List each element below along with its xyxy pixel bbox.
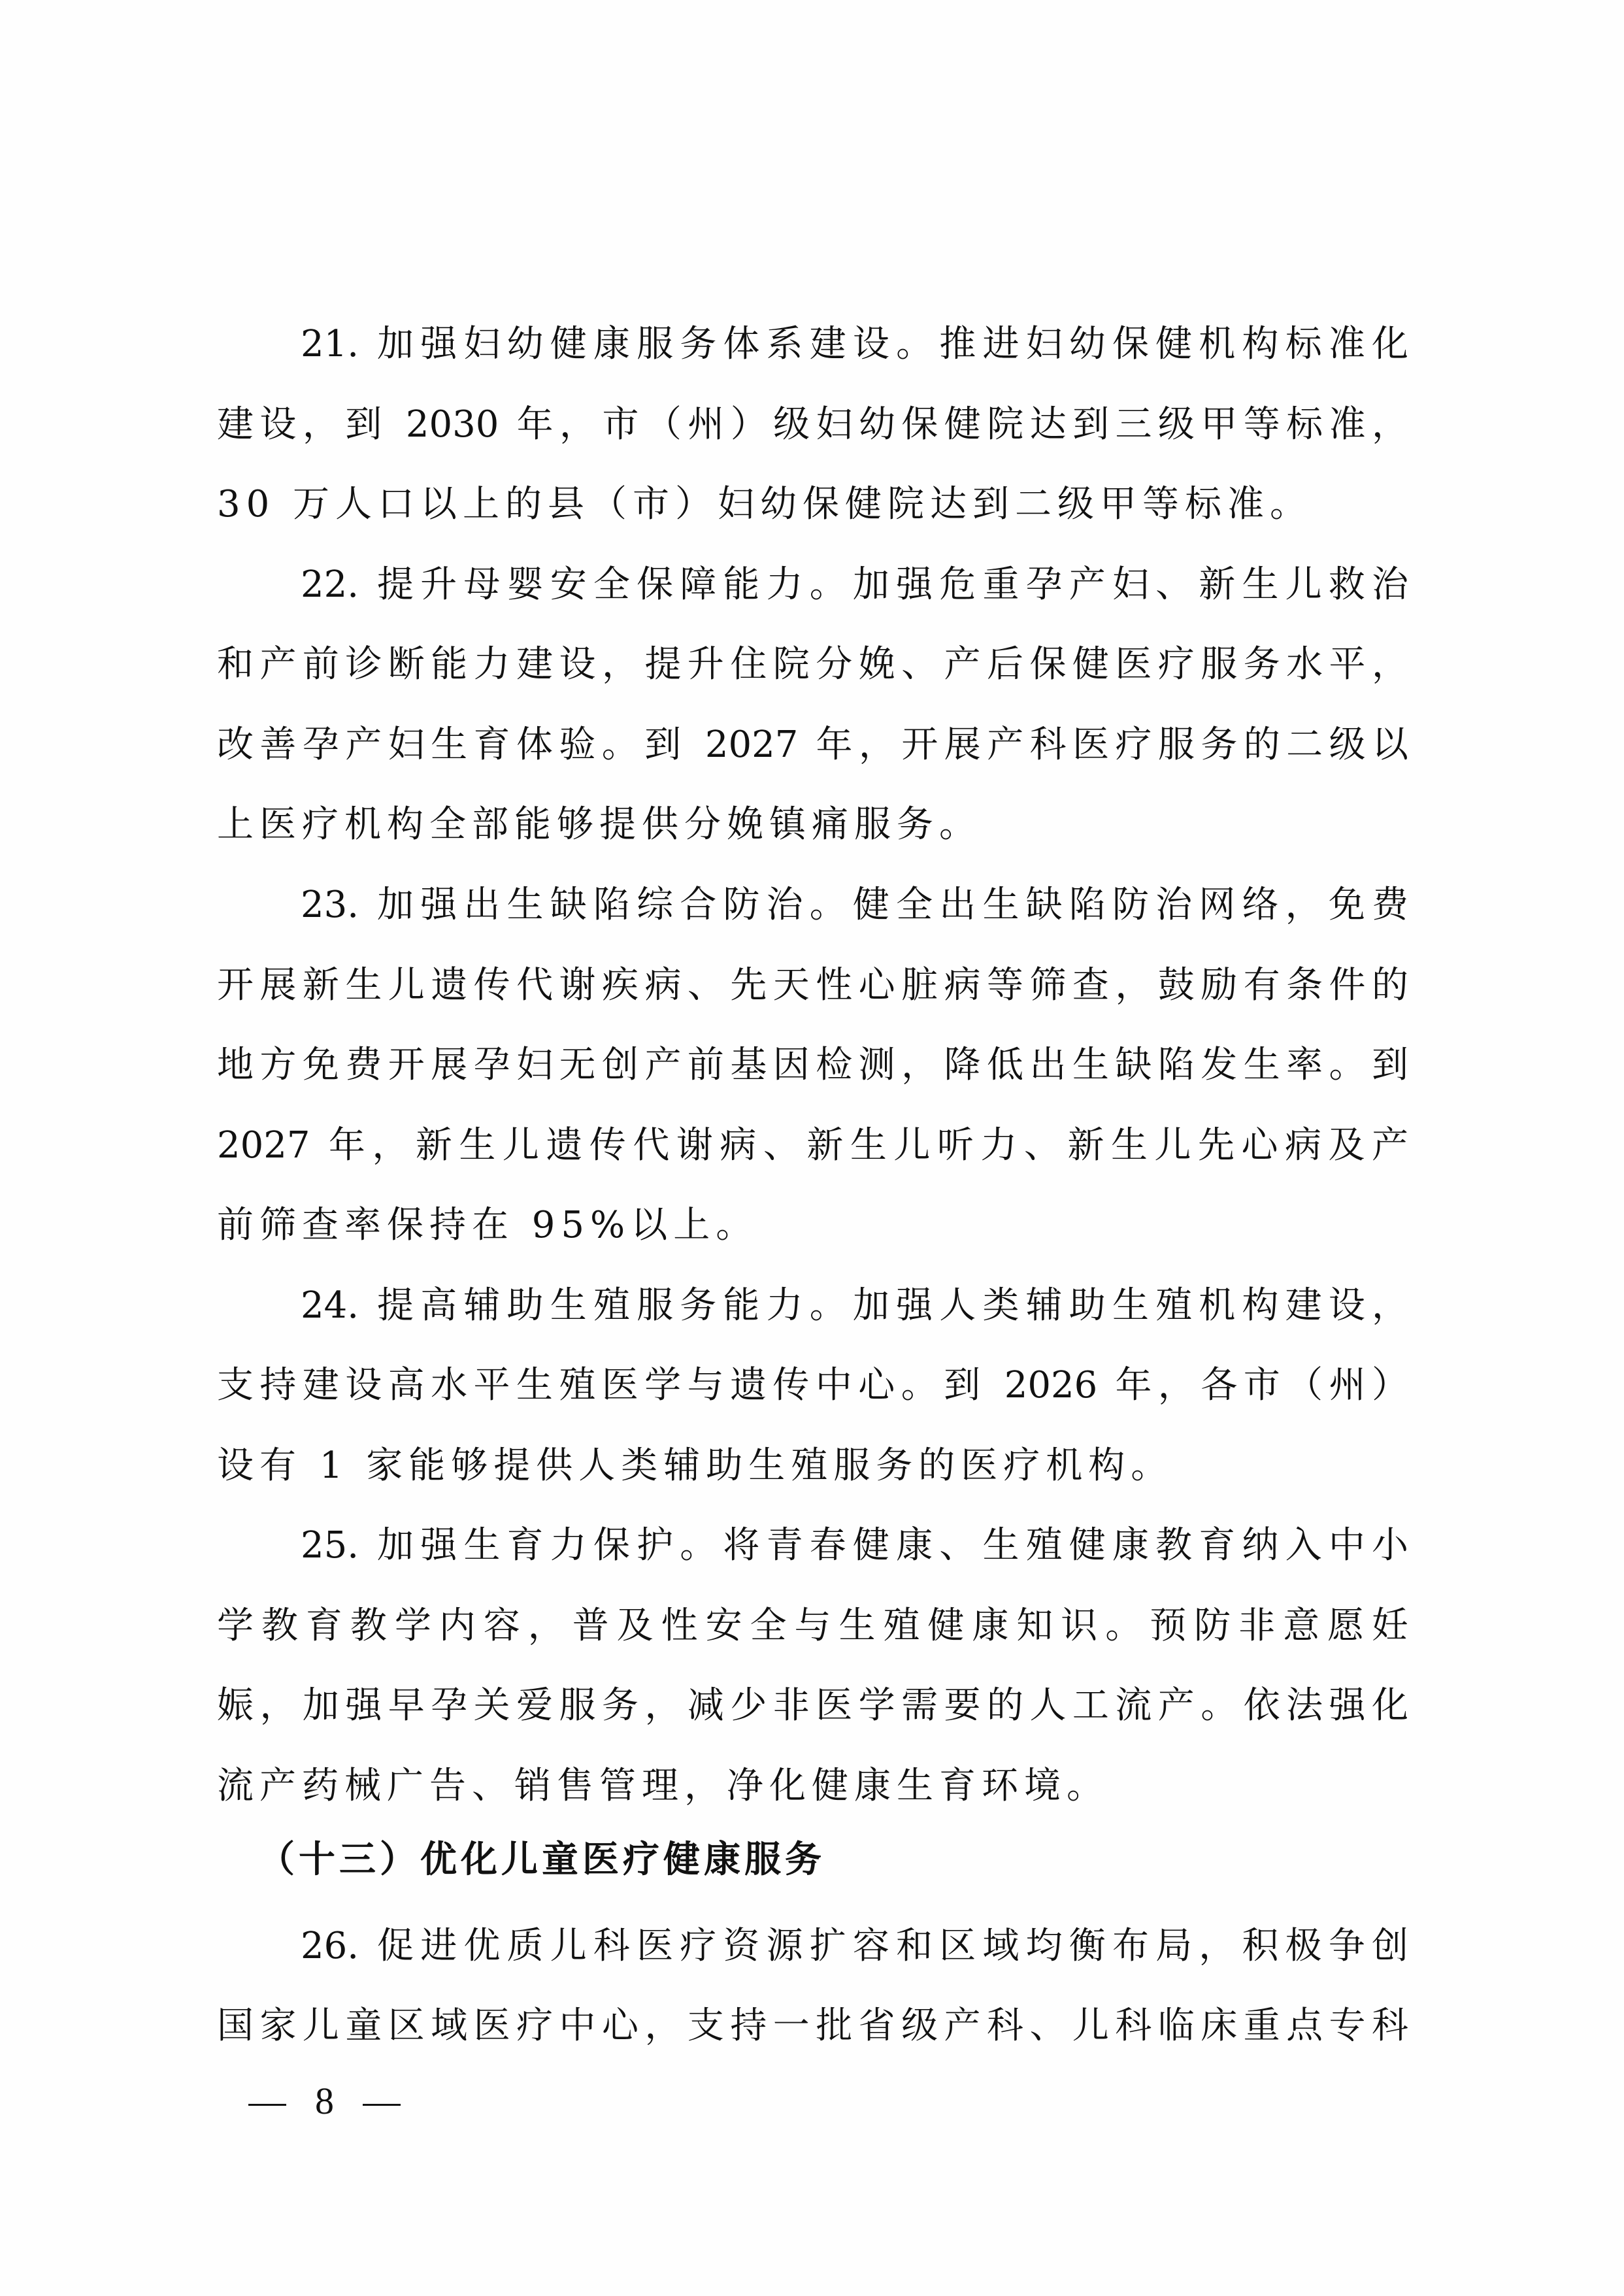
footer-dash-left (248, 2104, 286, 2106)
paragraph-26-line-1: 26. 促进优质儿科医疗资源扩容和区域均衡布局，积极争创 (301, 1920, 1408, 1972)
footer-dash-right (363, 2104, 401, 2106)
document-page: 21. 加强妇幼健康服务体系建设。推进妇幼保健机构标准化 建设，到 2030 年… (0, 0, 1624, 2296)
paragraph-22-line-4: 上医疗机构全部能够提供分娩镇痛服务。 (217, 799, 1408, 851)
page-number: 8 (315, 2082, 334, 2121)
paragraph-25-line-2: 学教育教学内容，普及性安全与生殖健康知识。预防非意愿妊 (217, 1600, 1408, 1652)
paragraph-23-line-2: 开展新生儿遗传代谢疾病、先天性心脏病等筛查，鼓励有条件的 (217, 959, 1408, 1012)
paragraph-23-line-1: 23. 加强出生缺陷综合防治。健全出生缺陷防治网络，免费 (301, 879, 1408, 931)
paragraph-24-line-1: 24. 提高辅助生殖服务能力。加强人类辅助生殖机构建设， (301, 1280, 1408, 1332)
paragraph-24-line-2: 支持建设高水平生殖医学与遗传中心。到 2026 年，各市（州） (217, 1359, 1408, 1412)
paragraph-23-line-5: 前筛查率保持在 95%以上。 (217, 1199, 1408, 1252)
paragraph-22-line-1: 22. 提升母婴安全保障能力。加强危重孕产妇、新生儿救治 (301, 559, 1408, 611)
paragraph-21-line-3: 30 万人口以上的县（市）妇幼保健院达到二级甲等标准。 (217, 478, 1408, 531)
paragraph-23-line-3: 地方免费开展孕妇无创产前基因检测，降低出生缺陷发生率。到 (217, 1039, 1408, 1091)
section-heading-13: （十三）优化儿童医疗健康服务 (258, 1833, 1450, 1886)
paragraph-25-line-1: 25. 加强生育力保护。将青春健康、生殖健康教育纳入中小 (301, 1520, 1408, 1572)
paragraph-21-line-1: 21. 加强妇幼健康服务体系建设。推进妇幼保健机构标准化 (301, 318, 1408, 371)
paragraph-22-line-3: 改善孕产妇生育体验。到 2027 年，开展产科医疗服务的二级以 (217, 719, 1408, 771)
paragraph-25-line-3: 娠，加强早孕关爱服务，减少非医学需要的人工流产。依法强化 (217, 1680, 1408, 1732)
page-footer: 8 (248, 2082, 401, 2121)
paragraph-21-line-2: 建设，到 2030 年，市（州）级妇幼保健院达到三级甲等标准， (217, 399, 1408, 451)
paragraph-26-line-2: 国家儿童区域医疗中心，支持一批省级产科、儿科临床重点专科 (217, 2000, 1408, 2052)
paragraph-24-line-3: 设有 1 家能够提供人类辅助生殖服务的医疗机构。 (217, 1440, 1408, 1492)
paragraph-25-line-4: 流产药械广告、销售管理，净化健康生育环境。 (217, 1760, 1408, 1812)
paragraph-22-line-2: 和产前诊断能力建设，提升住院分娩、产后保健医疗服务水平， (217, 639, 1408, 691)
paragraph-23-line-4: 2027 年，新生儿遗传代谢病、新生儿听力、新生儿先心病及产 (217, 1120, 1408, 1172)
